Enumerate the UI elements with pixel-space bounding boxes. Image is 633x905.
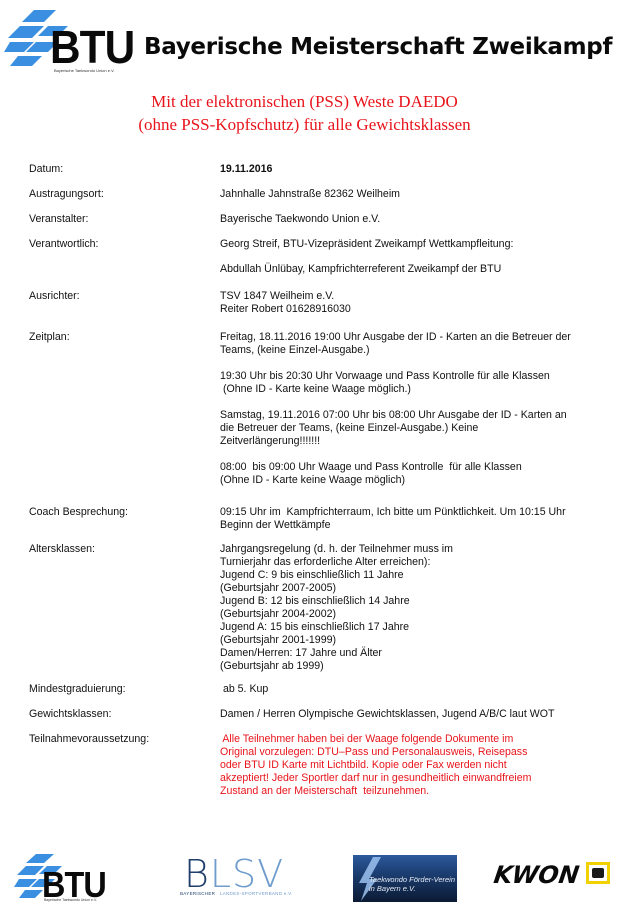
detail-value-line: oder BTU ID Karte mit Lichtbild. Kopie o… bbox=[220, 759, 600, 772]
detail-value-line: Jugend A: 15 bis einschließlich 17 Jahre bbox=[220, 621, 600, 634]
subtitle-line-1: Mit der elektronischen (PSS) Weste DAEDO bbox=[0, 92, 621, 112]
detail-value-line: (Ohne ID - Karte keine Waage möglich) bbox=[220, 474, 600, 487]
kwon-logo: KWON bbox=[494, 858, 618, 894]
fist-icon bbox=[586, 862, 610, 884]
detail-value-line: Bayerische Taekwondo Union e.V. bbox=[220, 213, 600, 226]
detail-value-line: die Betreuer der Teams, (keine Einzel-Au… bbox=[220, 422, 600, 435]
detail-value-line: (Geburtsjahr ab 1999) bbox=[220, 660, 600, 673]
detail-value: Alle Teilnehmer haben bei der Waage folg… bbox=[220, 733, 600, 798]
detail-value-line: (Ohne ID - Karte keine Waage möglich.) bbox=[220, 383, 600, 396]
detail-value-line: Jahrgangsregelung (d. h. der Teilnehmer … bbox=[220, 543, 600, 556]
detail-value-line: 19:30 Uhr bis 20:30 Uhr Vorwaage und Pas… bbox=[220, 370, 600, 383]
detail-value-line: Zeitverlängerung!!!!!!! bbox=[220, 435, 600, 448]
detail-value-line bbox=[220, 251, 600, 263]
detail-value-line: 09:15 Uhr im Kampfrichterraum, Ich bitte… bbox=[220, 506, 600, 519]
footer-btu-logo: BTU Bayerische Taekwondo Union e.V. bbox=[14, 852, 122, 904]
detail-value-line: ab 5. Kup bbox=[220, 683, 600, 696]
page-title: Bayerische Meisterschaft Zweikampf bbox=[144, 34, 612, 60]
detail-value: Georg Streif, BTU-Vizepräsident Zweikamp… bbox=[220, 238, 600, 276]
detail-label: Coach Besprechung: bbox=[29, 506, 209, 519]
detail-label: Ausrichter: bbox=[29, 290, 209, 303]
detail-label: Teilnahmevoraussetzung: bbox=[29, 733, 209, 746]
detail-value: Jahnhalle Jahnstraße 82362 Weilheim bbox=[220, 188, 600, 201]
detail-value: Bayerische Taekwondo Union e.V. bbox=[220, 213, 600, 226]
detail-value-line bbox=[220, 357, 600, 370]
detail-label: Altersklassen: bbox=[29, 543, 209, 556]
detail-value-line: Original vorzulegen: DTU–Pass und Person… bbox=[220, 746, 600, 759]
detail-label: Austragungsort: bbox=[29, 188, 209, 201]
detail-value-line: (Geburtsjahr 2001-1999) bbox=[220, 634, 600, 647]
blsv-caption: BAYERISCHER LANDES-SPORTVERBAND e.V. bbox=[180, 891, 293, 896]
detail-value-line: Samstag, 19.11.2016 07:00 Uhr bis 08:00 … bbox=[220, 409, 600, 422]
detail-label: Gewichtsklassen: bbox=[29, 708, 209, 721]
detail-label: Datum: bbox=[29, 163, 209, 176]
tfv-line-1: Taekwondo Förder-Verein bbox=[369, 875, 455, 884]
detail-label: Mindestgraduierung: bbox=[29, 683, 209, 696]
detail-value: Jahrgangsregelung (d. h. der Teilnehmer … bbox=[220, 543, 600, 673]
blsv-logo: BLSV BAYERISCHER LANDES-SPORTVERBAND e.V… bbox=[180, 855, 300, 900]
detail-value-line: Jugend B: 12 bis einschließlich 14 Jahre bbox=[220, 595, 600, 608]
detail-value-line: Jahnhalle Jahnstraße 82362 Weilheim bbox=[220, 188, 600, 201]
blsv-mark: BLSV bbox=[184, 855, 284, 893]
detail-value-line: Beginn der Wettkämpfe bbox=[220, 519, 600, 532]
detail-value: TSV 1847 Weilheim e.V.Reiter Robert 0162… bbox=[220, 290, 600, 316]
detail-value-line: Freitag, 18.11.2016 19:00 Uhr Ausgabe de… bbox=[220, 331, 600, 344]
detail-value: Damen / Herren Olympische Gewichtsklasse… bbox=[220, 708, 600, 721]
detail-value-line bbox=[220, 448, 600, 461]
detail-value-line: Alle Teilnehmer haben bei der Waage folg… bbox=[220, 733, 600, 746]
detail-value-line: Damen/Herren: 17 Jahre und Älter bbox=[220, 647, 600, 660]
detail-label: Zeitplan: bbox=[29, 331, 209, 344]
detail-label: Verantwortlich: bbox=[29, 238, 209, 251]
detail-value-line: Zustand an der Meisterschaft teilzunehme… bbox=[220, 785, 600, 798]
detail-value-line: 19.11.2016 bbox=[220, 163, 600, 176]
taekwondo-foerderverein-logo: Taekwondo Förder-Verein in Bayern e.V. bbox=[353, 855, 457, 902]
subtitle-line-2: (ohne PSS-Kopfschutz) für alle Gewichtsk… bbox=[0, 115, 621, 135]
detail-value: Freitag, 18.11.2016 19:00 Uhr Ausgabe de… bbox=[220, 331, 600, 487]
detail-value-line: Jugend C: 9 bis einschließlich 11 Jahre bbox=[220, 569, 600, 582]
detail-value-line bbox=[220, 396, 600, 409]
detail-value-line: (Geburtsjahr 2004-2002) bbox=[220, 608, 600, 621]
detail-value-line: 08:00 bis 09:00 Uhr Waage und Pass Kontr… bbox=[220, 461, 600, 474]
detail-label: Veranstalter: bbox=[29, 213, 209, 226]
detail-value-line: Teams, (keine Einzel-Ausgabe.) bbox=[220, 344, 600, 357]
detail-value-line: Georg Streif, BTU-Vizepräsident Zweikamp… bbox=[220, 238, 600, 251]
detail-value-line: Damen / Herren Olympische Gewichtsklasse… bbox=[220, 708, 600, 721]
footer-btu-tagline: Bayerische Taekwondo Union e.V. bbox=[44, 898, 97, 902]
kwon-wordmark: KWON bbox=[492, 861, 581, 889]
detail-value: 19.11.2016 bbox=[220, 163, 600, 176]
detail-value-line: TSV 1847 Weilheim e.V. bbox=[220, 290, 600, 303]
detail-value-line: Reiter Robert 01628916030 bbox=[220, 303, 600, 316]
btu-logo-letters: BTU bbox=[50, 24, 134, 70]
detail-value: ab 5. Kup bbox=[220, 683, 600, 696]
detail-value-line: Abdullah Ünlübay, Kampfrichterreferent Z… bbox=[220, 263, 600, 276]
detail-value: 09:15 Uhr im Kampfrichterraum, Ich bitte… bbox=[220, 506, 600, 532]
detail-value-line: akzeptiert! Jeder Sportler darf nur in g… bbox=[220, 772, 600, 785]
detail-value-line: (Geburtsjahr 2007-2005) bbox=[220, 582, 600, 595]
btu-logo: BTU Bayerische Taekwondo Union e.V. bbox=[4, 8, 136, 74]
tfv-line-2: in Bayern e.V. bbox=[369, 884, 416, 893]
detail-value-line: Turnierjahr das erforderliche Alter erre… bbox=[220, 556, 600, 569]
btu-logo-tagline: Bayerische Taekwondo Union e.V. bbox=[54, 68, 114, 73]
